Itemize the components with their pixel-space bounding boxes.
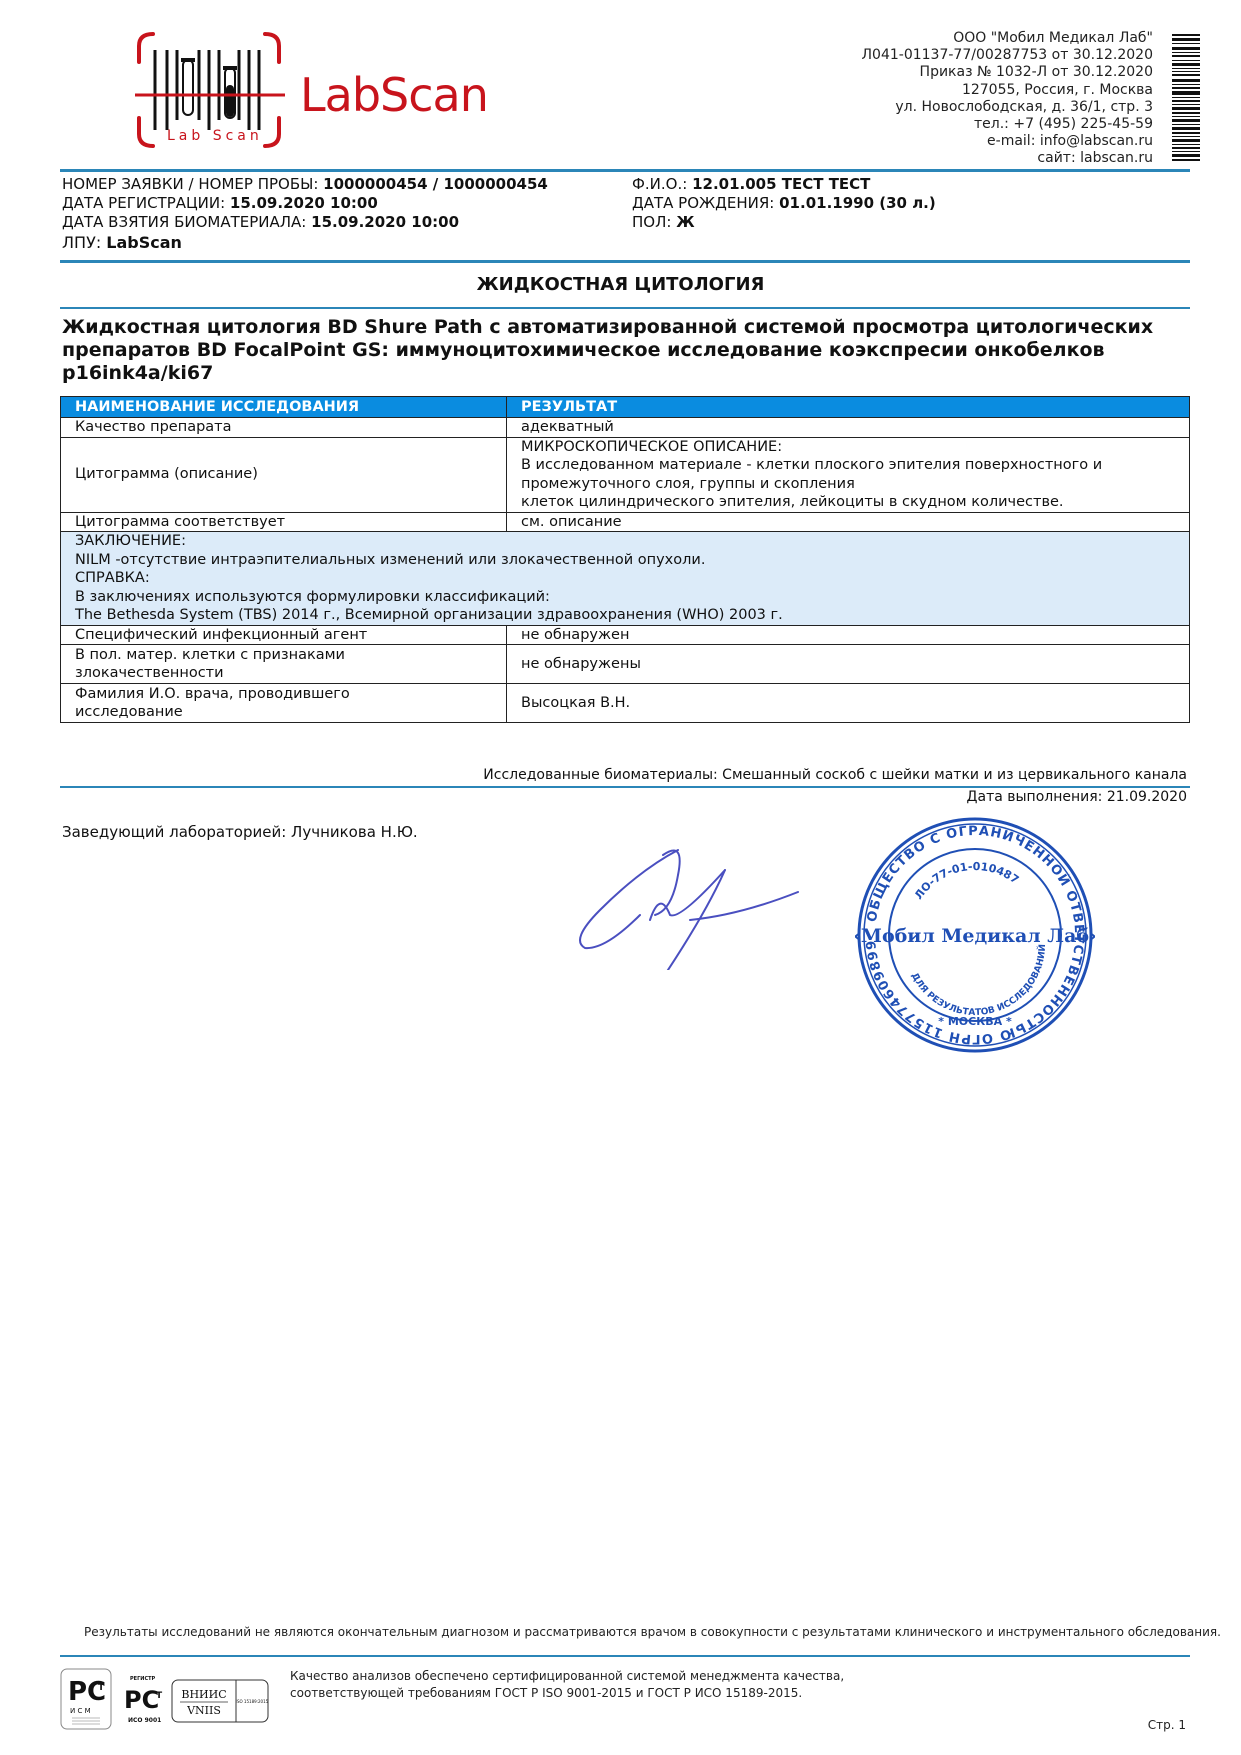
conclusion-line: СПРАВКА: bbox=[75, 569, 1189, 588]
name-value: 12.01.005 ТЕСТ ТЕСТ bbox=[692, 175, 870, 193]
patient-divider bbox=[60, 260, 1190, 263]
signature bbox=[560, 820, 810, 970]
table-row: Фамилия И.О. врача, проводившего исследо… bbox=[61, 684, 1190, 723]
logo-wordmark: LabScan bbox=[300, 68, 488, 122]
sex-label: ПОЛ: bbox=[632, 213, 676, 231]
svg-text:* МОСКВА *: * МОСКВА * bbox=[938, 1015, 1012, 1028]
header-divider bbox=[60, 169, 1190, 172]
disclaimer: Результаты исследований не являются окон… bbox=[84, 1625, 1221, 1639]
column-header-result: РЕЗУЛЬТАТ bbox=[507, 397, 1190, 418]
company-line: e-mail: info@labscan.ru bbox=[862, 133, 1153, 150]
lpu: ЛПУ: LabScan bbox=[62, 233, 182, 252]
test-name: В пол. матер. клетки с признаками злокач… bbox=[61, 645, 507, 684]
test-result: не обнаружен bbox=[507, 625, 1190, 645]
company-line: тел.: +7 (495) 225-45-59 bbox=[862, 116, 1153, 133]
quality-line: соответствующей требованиям ГОСТ Р ISO 9… bbox=[290, 1685, 844, 1702]
reg-label: ДАТА РЕГИСТРАЦИИ: bbox=[62, 194, 230, 212]
svg-text:VNIIS: VNIIS bbox=[186, 1704, 221, 1717]
order-value: 1000000454 / 1000000454 bbox=[323, 175, 548, 193]
column-header-name: НАИМЕНОВАНИЕ ИССЛЕДОВАНИЯ bbox=[61, 397, 507, 418]
execution-date: Дата выполнения: 21.09.2020 bbox=[967, 789, 1187, 805]
section-title: ЖИДКОСТНАЯ ЦИТОЛОГИЯ bbox=[0, 274, 1241, 295]
name-label: Ф.И.О.: bbox=[632, 175, 692, 193]
svg-text:РЕГИСТР: РЕГИСТР bbox=[130, 1676, 156, 1682]
footer-divider bbox=[60, 1655, 1190, 1657]
table-row: Качество препарата адекватный bbox=[61, 418, 1190, 438]
rst-ism-cert-icon: PC T И С М bbox=[60, 1668, 112, 1730]
conclusion-line: The Bethesda System (TBS) 2014 г., Всеми… bbox=[75, 606, 1189, 625]
biomaterials-note: Исследованные биоматериалы: Смешанный со… bbox=[483, 767, 1187, 783]
lpu-value: LabScan bbox=[106, 233, 182, 252]
test-name: Специфический инфекционный агент bbox=[61, 625, 507, 645]
results-table: НАИМЕНОВАНИЕ ИССЛЕДОВАНИЯ РЕЗУЛЬТАТ Каче… bbox=[60, 396, 1190, 723]
birth-date: ДАТА РОЖДЕНИЯ: 01.01.1990 (30 л.) bbox=[632, 194, 936, 213]
result-line: В исследованном материале - клетки плоск… bbox=[521, 456, 1189, 475]
conclusion-row: ЗАКЛЮЧЕНИЕ: NILM -отсутствие интраэпител… bbox=[61, 532, 1190, 626]
svg-text:«Мобил Медикал Лаб»: «Мобил Медикал Лаб» bbox=[855, 925, 1095, 947]
table-row: В пол. матер. клетки с признаками злокач… bbox=[61, 645, 1190, 684]
biomaterials-divider bbox=[60, 786, 1190, 788]
result-line: клеток цилиндрического эпителия, лейкоци… bbox=[521, 493, 1189, 512]
table-row: Цитограмма соответствует см. описание bbox=[61, 512, 1190, 532]
company-line: Л041-01137-77/00287753 от 30.12.2020 bbox=[862, 47, 1153, 64]
company-line: ул. Новослободская, д. 36/1, стр. 3 bbox=[862, 99, 1153, 116]
quality-statement: Качество анализов обеспечено сертифициро… bbox=[290, 1668, 844, 1702]
test-result: не обнаружены bbox=[507, 645, 1190, 684]
svg-text:ИСО 9001: ИСО 9001 bbox=[128, 1717, 161, 1724]
conclusion: ЗАКЛЮЧЕНИЕ: NILM -отсутствие интраэпител… bbox=[61, 532, 1190, 626]
svg-text:ISO 15189:2015: ISO 15189:2015 bbox=[236, 1699, 269, 1704]
name-line: В пол. матер. клетки с признаками bbox=[75, 646, 506, 665]
order-label: НОМЕР ЗАЯВКИ / НОМЕР ПРОБЫ: bbox=[62, 175, 323, 193]
order-number: НОМЕР ЗАЯВКИ / НОМЕР ПРОБЫ: 1000000454 /… bbox=[62, 175, 548, 194]
quality-line: Качество анализов обеспечено сертифициро… bbox=[290, 1668, 844, 1685]
sample-label: ДАТА ВЗЯТИЯ БИОМАТЕРИАЛА: bbox=[62, 213, 311, 231]
company-stamp: ОБЩЕСТВО С ОГРАНИЧЕННОЙ ОТВЕТСТВЕННОСТЬЮ… bbox=[855, 815, 1095, 1055]
result-line: МИКРОСКОПИЧЕСКОЕ ОПИСАНИЕ: bbox=[521, 438, 1189, 457]
company-info: ООО "Мобил Медикал Лаб" Л041-01137-77/00… bbox=[862, 30, 1153, 168]
patient-name: Ф.И.О.: 12.01.005 ТЕСТ ТЕСТ bbox=[632, 175, 870, 194]
result-line: промежуточного слоя, группы и скопления bbox=[521, 475, 1189, 494]
svg-text:PC: PC bbox=[124, 1686, 159, 1714]
svg-text:ЛО-77-01-010487: ЛО-77-01-010487 bbox=[912, 860, 1021, 902]
company-line: сайт: labscan.ru bbox=[862, 150, 1153, 167]
test-name: Фамилия И.О. врача, проводившего исследо… bbox=[61, 684, 507, 723]
sample-value: 15.09.2020 10:00 bbox=[311, 213, 459, 231]
reg-value: 15.09.2020 10:00 bbox=[230, 194, 378, 212]
registration-date: ДАТА РЕГИСТРАЦИИ: 15.09.2020 10:00 bbox=[62, 194, 378, 213]
company-line: Приказ № 1032-Л от 30.12.2020 bbox=[862, 64, 1153, 81]
svg-text:Lab Scan: Lab Scan bbox=[167, 128, 263, 144]
table-header-row: НАИМЕНОВАНИЕ ИССЛЕДОВАНИЯ РЕЗУЛЬТАТ bbox=[61, 397, 1190, 418]
conclusion-line: ЗАКЛЮЧЕНИЕ: bbox=[75, 532, 1189, 551]
table-row: Специфический инфекционный агент не обна… bbox=[61, 625, 1190, 645]
test-result: адекватный bbox=[507, 418, 1190, 438]
company-line: ООО "Мобил Медикал Лаб" bbox=[862, 30, 1153, 47]
svg-text:T: T bbox=[156, 1691, 163, 1701]
sex: ПОЛ: Ж bbox=[632, 213, 695, 232]
test-name: Цитограмма (описание) bbox=[61, 437, 507, 512]
test-result: МИКРОСКОПИЧЕСКОЕ ОПИСАНИЕ: В исследованн… bbox=[507, 437, 1190, 512]
svg-text:И С М: И С М bbox=[70, 1707, 91, 1715]
vniis-cert-icon: ВНИИС VNIIS ISO 15189:2015 bbox=[170, 1668, 270, 1730]
section-divider bbox=[60, 307, 1190, 309]
name-line: злокачественности bbox=[75, 664, 506, 683]
birth-label: ДАТА РОЖДЕНИЯ: bbox=[632, 194, 779, 212]
sex-value: Ж bbox=[676, 213, 694, 231]
svg-text:ДЛЯ РЕЗУЛЬТАТОВ ИССЛЕДОВАНИЙ: ДЛЯ РЕЗУЛЬТАТОВ ИССЛЕДОВАНИЙ bbox=[909, 944, 1048, 1018]
table-row: Цитограмма (описание) МИКРОСКОПИЧЕСКОЕ О… bbox=[61, 437, 1190, 512]
rst-registry-cert-icon: РЕГИСТР PC T ИСО 9001 bbox=[118, 1668, 170, 1730]
study-title: Жидкостная цитология BD Shure Path с авт… bbox=[62, 316, 1192, 385]
lpu-label: ЛПУ: bbox=[62, 233, 106, 252]
conclusion-line: NILM -отсутствие интраэпителиальных изме… bbox=[75, 551, 1189, 570]
birth-value: 01.01.1990 (30 л.) bbox=[779, 194, 936, 212]
test-result: Высоцкая В.Н. bbox=[507, 684, 1190, 723]
company-line: 127055, Россия, г. Москва bbox=[862, 82, 1153, 99]
test-name: Качество препарата bbox=[61, 418, 507, 438]
conclusion-line: В заключениях используются формулировки … bbox=[75, 588, 1189, 607]
test-name: Цитограмма соответствует bbox=[61, 512, 507, 532]
barcode-icon bbox=[1172, 34, 1200, 162]
svg-text:ВНИИС: ВНИИС bbox=[181, 1688, 226, 1701]
name-line: исследование bbox=[75, 703, 506, 722]
test-result: см. описание bbox=[507, 512, 1190, 532]
sample-date: ДАТА ВЗЯТИЯ БИОМАТЕРИАЛА: 15.09.2020 10:… bbox=[62, 213, 459, 232]
lab-head: Заведующий лабораторией: Лучникова Н.Ю. bbox=[62, 823, 418, 841]
page-number: Стр. 1 bbox=[1148, 1718, 1186, 1732]
name-line: Фамилия И.О. врача, проводившего bbox=[75, 685, 506, 704]
svg-text:T: T bbox=[98, 1683, 105, 1693]
